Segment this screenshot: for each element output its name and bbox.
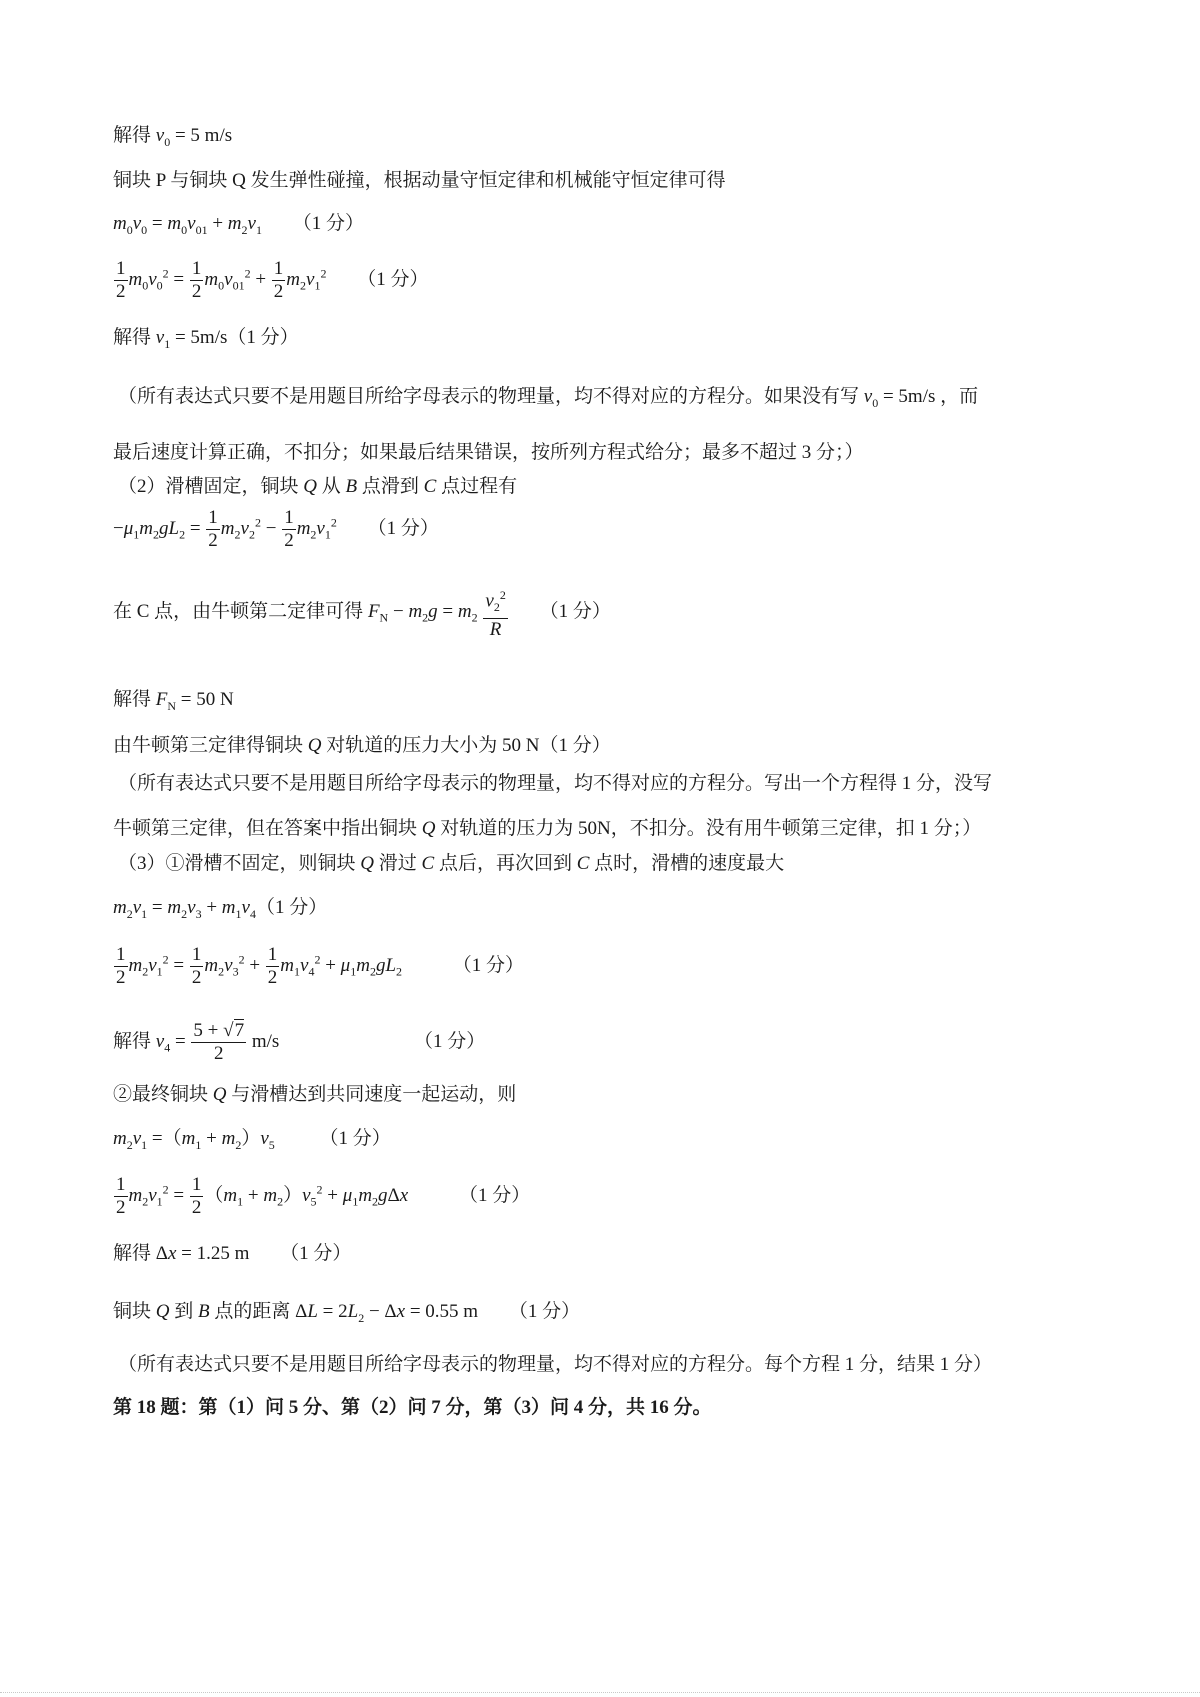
score-label: （1 分） [414, 1031, 485, 1052]
solution-v4: 解得 v4 = 5 + √72 m/s （1 分） [113, 1020, 485, 1065]
newton-third-law-statement: 由牛顿第三定律得铜块 Q 对轨道的压力大小为 50 N（1 分） [113, 734, 611, 758]
solution-fn: 解得 FN = 50 N [113, 688, 234, 718]
page-bottom-edge [0, 1692, 1200, 1694]
grading-note-1b: 最后速度计算正确，不扣分；如果最后结果错误，按所列方程式给分；最多不超过 3 分… [113, 441, 864, 465]
collision-statement: 铜块 P 与铜块 Q 发生弹性碰撞，根据动量守恒定律和机械能守恒定律可得 [113, 169, 726, 193]
equation-prefix: 解得 [113, 1031, 151, 1052]
grading-note-2a: （所有表达式只要不是用题目所给字母表示的物理量，均不得对应的方程分。写出一个方程… [118, 772, 992, 796]
score-label: （1 分） [459, 1185, 530, 1206]
solution-v1: 解得 v1 = 5m/s（1 分） [113, 326, 299, 356]
score-label: （1 分） [368, 518, 439, 539]
distance-to-b: 铜块 Q 到 B 点的距离 ΔL = 2L2 − Δx = 0.55 m （1 … [113, 1300, 580, 1330]
part-3-heading: （3）①滑槽不固定，则铜块 Q 滑过 C 点后，再次回到 C 点时，滑槽的速度最… [118, 852, 784, 876]
score-label: （1 分） [280, 1243, 351, 1264]
common-velocity-equation: m2v1 =（m1 + m2）v5 （1 分） [113, 1127, 391, 1157]
score-label: （1 分） [540, 601, 611, 622]
solution-v0: 解得 v0 = 5 m/s [113, 124, 232, 154]
score-summary: 第 18 题：第（1）问 5 分、第（2）问 7 分，第（3）问 4 分，共 1… [113, 1396, 712, 1420]
score-label: （1 分） [453, 955, 524, 976]
energy-equation-3: 12m2v12 = 12（m1 + m2）v52 + μ1m2gΔx （1 分） [113, 1174, 530, 1219]
score-label: （1 分） [256, 897, 327, 918]
score-label: （1 分） [357, 269, 428, 290]
part-2-heading: （2）滑槽固定，铜块 Q 从 B 点滑到 C 点过程有 [118, 475, 517, 499]
grading-note-2b: 牛顿第三定律，但在答案中指出铜块 Q 对轨道的压力为 50N，不扣分。没有用牛顿… [113, 817, 981, 841]
momentum-equation-2: m2v1 = m2v3 + m1v4（1 分） [113, 896, 327, 926]
equation-prefix: 在 C 点，由牛顿第二定律可得 [113, 601, 363, 622]
work-energy-equation: −μ1m2gL2 = 12m2v22 − 12m2v12 （1 分） [113, 507, 439, 552]
grading-note-1a: （所有表达式只要不是用题目所给字母表示的物理量，均不得对应的方程分。如果没有写 … [118, 385, 978, 415]
score-label: （1 分） [509, 1301, 580, 1322]
solution-delta-x: 解得 Δx = 1.25 m （1 分） [113, 1242, 351, 1266]
newton-second-law-equation: 在 C 点，由牛顿第二定律可得 FN − m2g = m2 v22R （1 分） [113, 584, 611, 641]
grading-note-3: （所有表达式只要不是用题目所给字母表示的物理量，均不得对应的方程分。每个方程 1… [118, 1353, 992, 1377]
score-label: （1 分） [320, 1128, 391, 1149]
energy-equation-2: 12m2v12 = 12m2v32 + 12m1v42 + μ1m2gL2 （1… [113, 944, 524, 989]
energy-equation: 12m0v02 = 12m0v012 + 12m2v12 （1 分） [113, 258, 428, 303]
part-3-sub-2: ②最终铜块 Q 与滑槽达到共同速度一起运动，则 [113, 1083, 516, 1107]
momentum-equation: m0v0 = m0v01 + m2v1 （1 分） [113, 212, 364, 242]
score-label: （1 分） [293, 213, 364, 234]
